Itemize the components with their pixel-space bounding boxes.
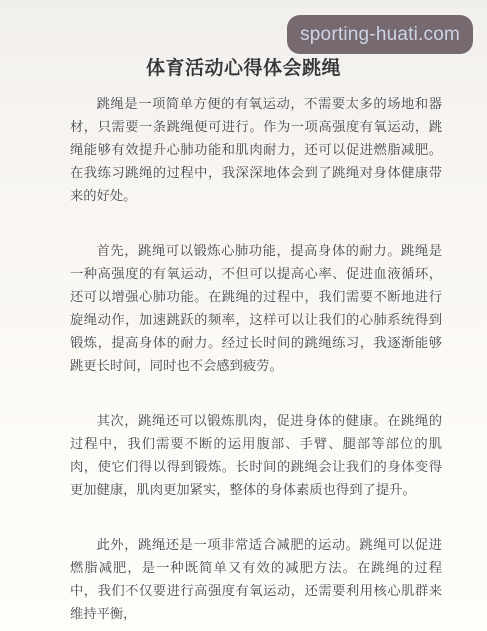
essay-paragraph-second-point: 其次，跳绳还可以锻炼肌肉，促进身体的健康。在跳绳的过程中，我们需要不断的运用腹部… [70, 410, 442, 502]
essay-paragraph-third-point: 此外，跳绳还是一项非常适合减肥的运动。跳绳可以促进燃脂减肥，是一种既简单又有效的… [70, 534, 442, 626]
watermark-badge: sporting-huati.com [287, 15, 473, 54]
document-body: 跳绳是一项简单方便的有氧运动，不需要太多的场地和器材，只需要一条跳绳便可进行。作… [0, 81, 487, 626]
watermark-text: sporting-huati.com [300, 24, 460, 46]
document-page: sporting-huati.com 体育活动心得体会跳绳 跳绳是一项简单方便的… [0, 0, 487, 631]
essay-paragraph-first-point: 首先，跳绳可以锻炼心肺功能，提高身体的耐力。跳绳是一种高强度的有氧运动，不但可以… [70, 240, 442, 378]
essay-paragraph-intro: 跳绳是一项简单方便的有氧运动，不需要太多的场地和器材，只需要一条跳绳便可进行。作… [70, 93, 442, 208]
